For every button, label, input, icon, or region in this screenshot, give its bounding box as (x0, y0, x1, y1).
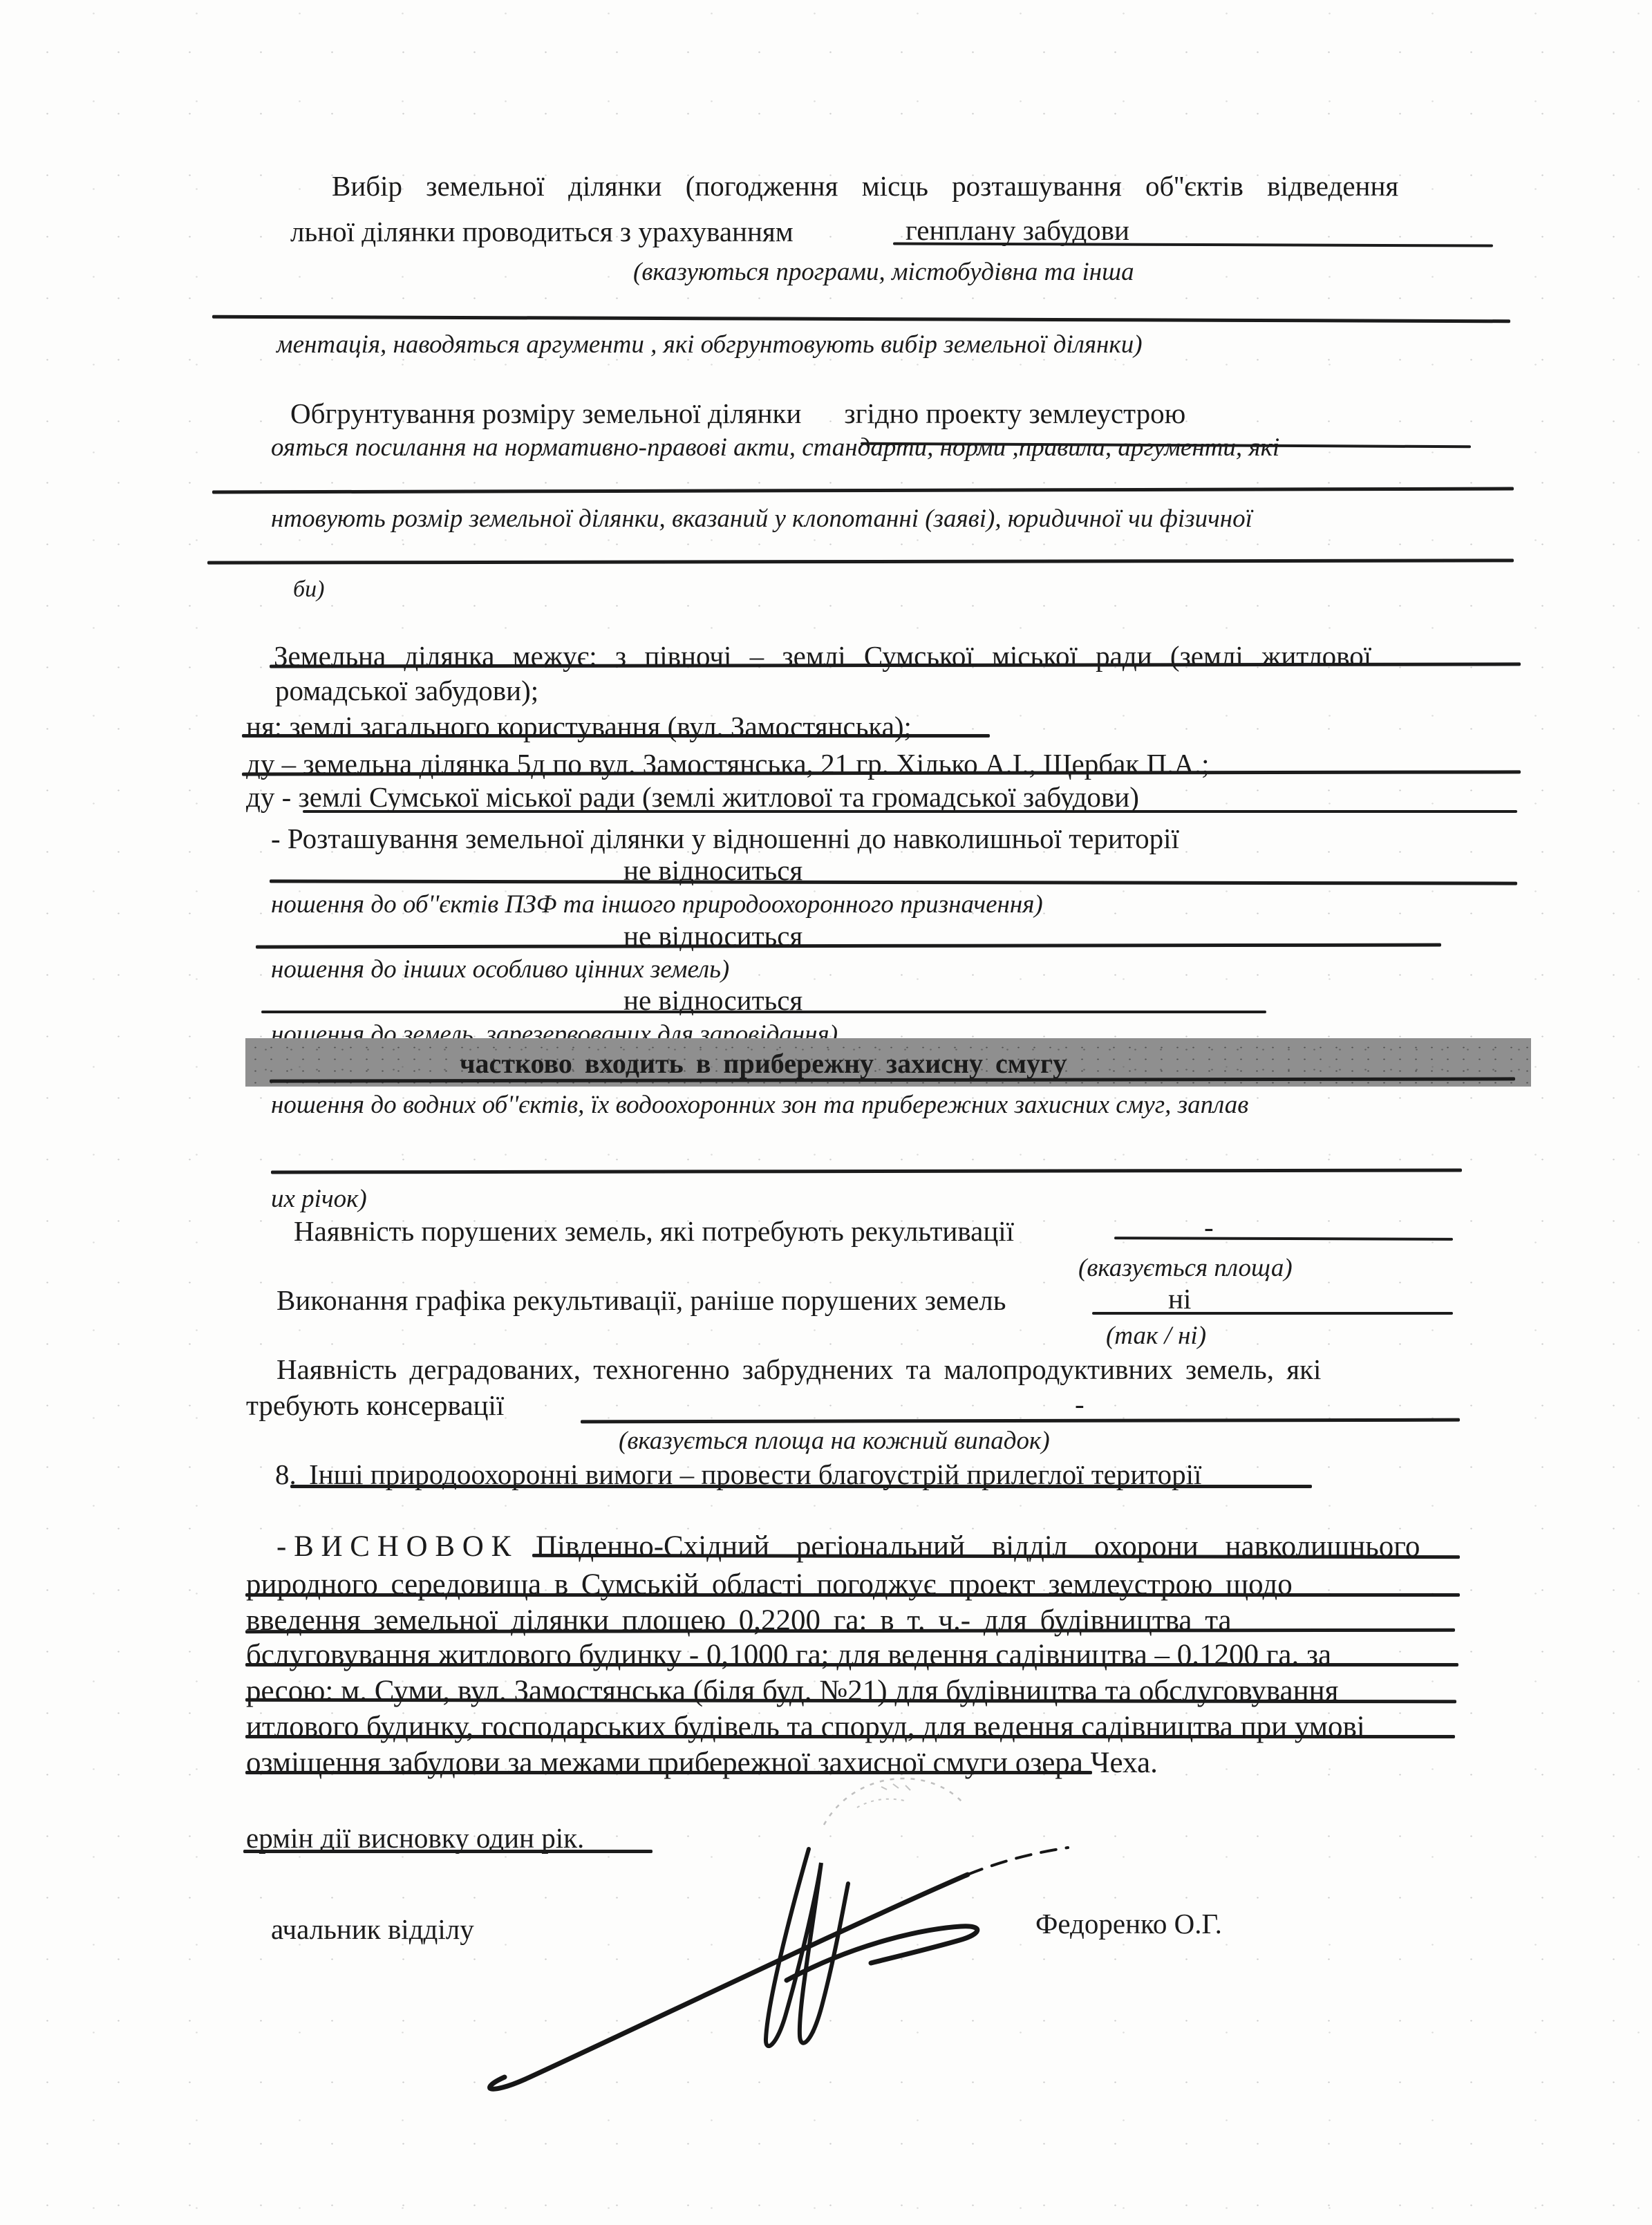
disturbed-hint: (вказується площа) (1078, 1254, 1293, 1284)
conclusion-line5: ресою: м. Суми, вул. Замостянська (біля … (246, 1674, 1338, 1708)
location-hint1: ношення до об''єктів ПЗФ та іншого приро… (271, 890, 1043, 920)
form-rule (256, 943, 1441, 949)
size-justification-prefix: Обгрунтування розміру земельної ділянки (290, 397, 801, 429)
degraded-line1: Наявність деградованих, техногенно забру… (276, 1353, 1321, 1386)
degraded-hint: (вказується площа на кожний випадок) (619, 1427, 1050, 1456)
recultivation-hint: (так / ні) (1106, 1322, 1206, 1351)
site-selection-line2: льної ділянки проводиться з урахуванням (290, 216, 794, 248)
form-rule (207, 558, 1514, 564)
signature (484, 1825, 1078, 2101)
underline (290, 1485, 1312, 1488)
degraded-line2: требують консервації (246, 1389, 504, 1422)
location-hint4: ношення до водних об''єктів, їх водоохор… (271, 1091, 1248, 1120)
conclusion-line7: озміщення забудови за межами прибережної… (246, 1746, 1158, 1780)
location-hint2: ношення до інших особливо цінних земель) (271, 955, 729, 985)
location-line: - Розташування земельної ділянки у відно… (271, 823, 1179, 855)
underline (245, 1663, 1458, 1667)
conclusion-line6: итлового будинку, господарських будівель… (246, 1710, 1365, 1744)
underline (303, 810, 1517, 813)
underline (1092, 1312, 1453, 1315)
size-justification-hint3: би) (293, 576, 324, 603)
underline (1114, 1237, 1453, 1241)
scanned-document-page: Вибір земельної ділянки (погодження місц… (0, 0, 1652, 2225)
underline (242, 734, 990, 738)
underline (581, 1418, 1460, 1424)
size-justification-hint2: нтовують розмір земельної ділянки, вказа… (271, 505, 1252, 534)
form-rule (212, 315, 1510, 323)
conclusion-line1: Південно-Східний регіональний відділ охо… (536, 1530, 1420, 1564)
form-rule (271, 1168, 1462, 1174)
recultivation-line: Виконання графіка рекультивації, раніше … (276, 1284, 1006, 1317)
recultivation-value: ні (1168, 1283, 1191, 1315)
form-rule (261, 1011, 1266, 1013)
underline (245, 1735, 1455, 1738)
conclusion-line2: риродного середовища в Сумській області … (246, 1568, 1293, 1602)
size-justification-hint1: ояться посилання на нормативно-правові а… (271, 433, 1279, 463)
site-selection-line1: Вибір земельної ділянки (погодження місц… (332, 170, 1398, 203)
size-justification-value: згідно проекту землеустрою (844, 397, 1185, 429)
conclusion-line4: бслуговування житлового будинку - 0,1000… (246, 1638, 1331, 1672)
form-rule (270, 879, 1517, 885)
location-hint4b: их річок) (271, 1185, 367, 1214)
size-justification-line: Обгрунтування розміру земельної ділянкиз… (290, 397, 1185, 430)
boundary-north2: ромадської забудови); (275, 675, 538, 707)
site-selection-hint2: ментація, наводяться аргументи , які обг… (276, 330, 1143, 360)
location-value4: частково входить в прибережну захисну см… (460, 1048, 1067, 1080)
conclusion-label: - В И С Н О В О К (276, 1530, 511, 1564)
form-rule (212, 487, 1514, 494)
degraded-value: - (1075, 1388, 1085, 1420)
site-selection-hint1: (вказуються програми, містобудівна та ін… (633, 258, 1134, 288)
boundary-south: ня: землі загального користування (вул. … (246, 711, 912, 743)
signatory-position: ачальник відділу (271, 1913, 474, 1946)
boundary-west: ду - землі Сумської міської ради (землі … (246, 781, 1139, 814)
underline (245, 1593, 1460, 1597)
disturbed-line: Наявність порушених земель, які потребую… (294, 1215, 1014, 1248)
